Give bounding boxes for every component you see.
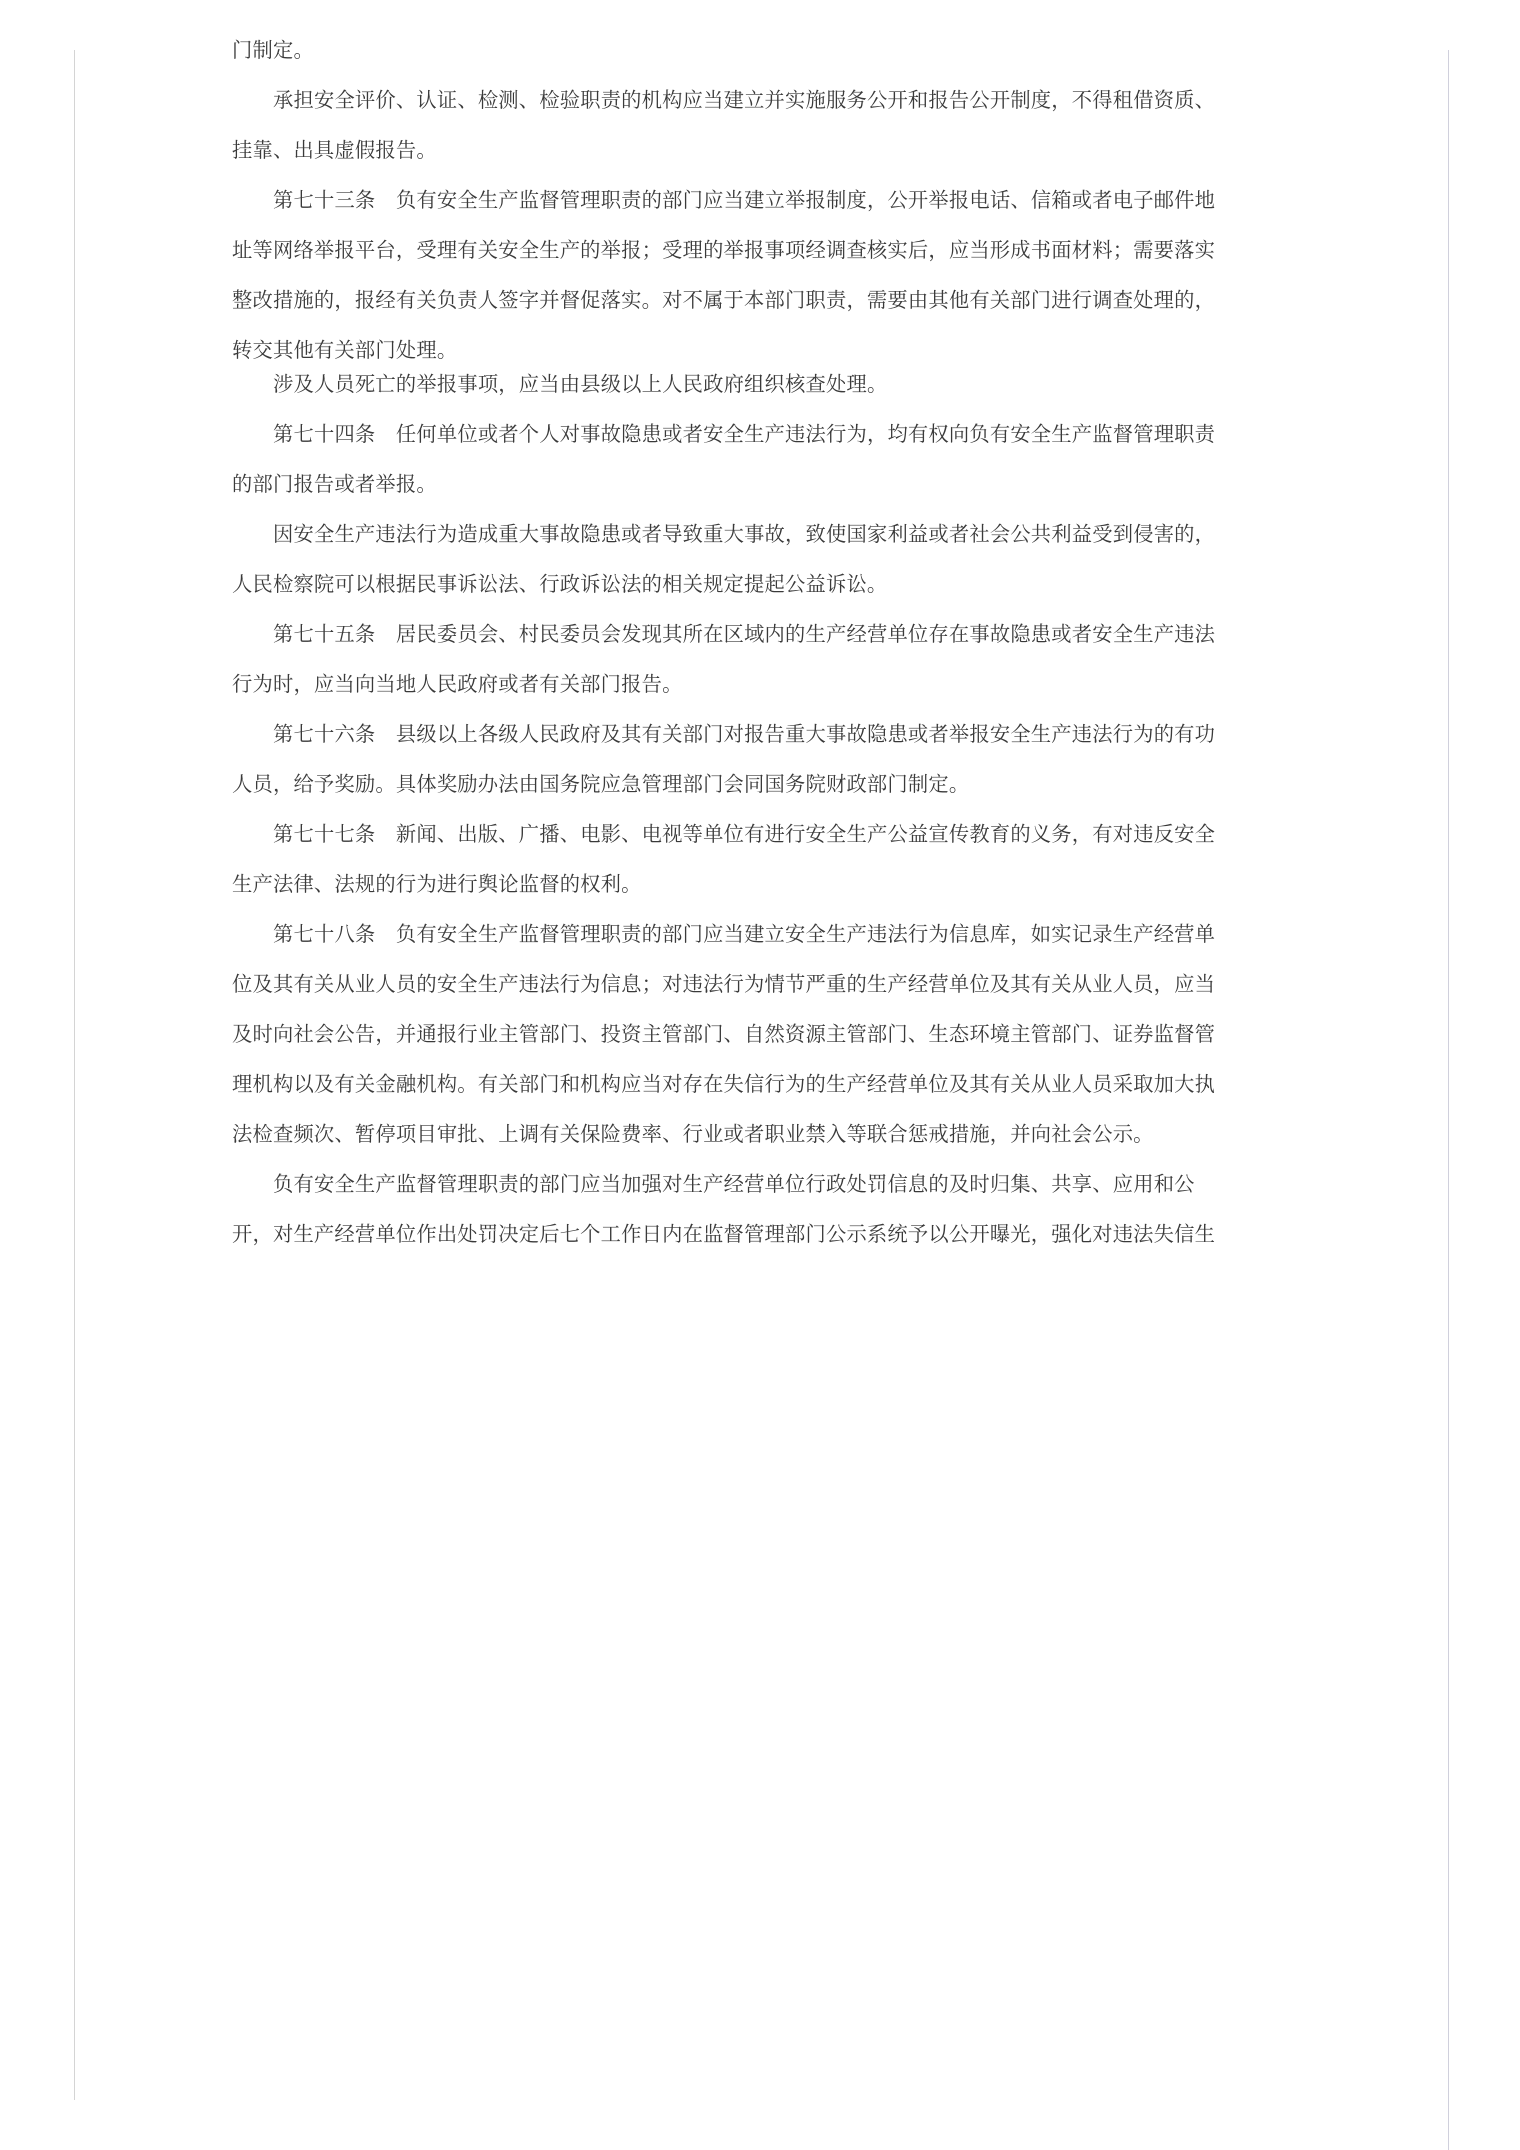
text-line: 挂靠、出具虚假报告。 [232, 138, 437, 162]
page-right-border [1448, 50, 1449, 2150]
article-76-line: 第七十六条 县级以上各级人民政府及其有关部门对报告重大事故隐患或者举报安全生产违… [273, 722, 1215, 746]
text-line: 行为时，应当向当地人民政府或者有关部门报告。 [232, 672, 683, 696]
text-line: 理机构以及有关金融机构。有关部门和机构应当对存在失信行为的生产经营单位及其有关从… [232, 1072, 1215, 1096]
page-left-border [74, 50, 75, 2100]
text-line: 人民检察院可以根据民事诉讼法、行政诉讼法的相关规定提起公益诉讼。 [232, 572, 887, 596]
text-line: 转交其他有关部门处理。 [232, 338, 457, 362]
text-line: 及时向社会公告，并通报行业主管部门、投资主管部门、自然资源主管部门、生态环境主管… [232, 1022, 1215, 1046]
text-line: 开，对生产经营单位作出处罚决定后七个工作日内在监督管理部门公示系统予以公开曝光，… [232, 1222, 1215, 1246]
article-74-line: 第七十四条 任何单位或者个人对事故隐患或者安全生产违法行为，均有权向负有安全生产… [273, 422, 1215, 446]
paragraph-line: 涉及人员死亡的举报事项，应当由县级以上人民政府组织核查处理。 [273, 372, 887, 396]
article-77-line: 第七十七条 新闻、出版、广播、电影、电视等单位有进行安全生产公益宣传教育的义务，… [273, 822, 1215, 846]
text-line: 址等网络举报平台，受理有关安全生产的举报；受理的举报事项经调查核实后，应当形成书… [232, 238, 1215, 262]
paragraph-line: 承担安全评价、认证、检测、检验职责的机构应当建立并实施服务公开和报告公开制度，不… [273, 88, 1215, 112]
paragraph-line: 负有安全生产监督管理职责的部门应当加强对生产经营单位行政处罚信息的及时归集、共享… [273, 1172, 1195, 1196]
text-line: 位及其有关从业人员的安全生产违法行为信息；对违法行为情节严重的生产经营单位及其有… [232, 972, 1215, 996]
text-line: 整改措施的，报经有关负责人签字并督促落实。对不属于本部门职责，需要由其他有关部门… [232, 288, 1215, 312]
article-73-line: 第七十三条 负有安全生产监督管理职责的部门应当建立举报制度，公开举报电话、信箱或… [273, 188, 1215, 212]
text-line: 门制定。 [232, 38, 314, 62]
text-line: 法检查频次、暂停项目审批、上调有关保险费率、行业或者职业禁入等联合惩戒措施，并向… [232, 1122, 1154, 1146]
text-line: 的部门报告或者举报。 [232, 472, 437, 496]
text-line: 人员，给予奖励。具体奖励办法由国务院应急管理部门会同国务院财政部门制定。 [232, 772, 969, 796]
article-75-line: 第七十五条 居民委员会、村民委员会发现其所在区域内的生产经营单位存在事故隐患或者… [273, 622, 1215, 646]
text-line: 生产法律、法规的行为进行舆论监督的权利。 [232, 872, 642, 896]
paragraph-line: 因安全生产违法行为造成重大事故隐患或者导致重大事故，致使国家利益或者社会公共利益… [273, 522, 1215, 546]
article-78-line: 第七十八条 负有安全生产监督管理职责的部门应当建立安全生产违法行为信息库，如实记… [273, 922, 1215, 946]
